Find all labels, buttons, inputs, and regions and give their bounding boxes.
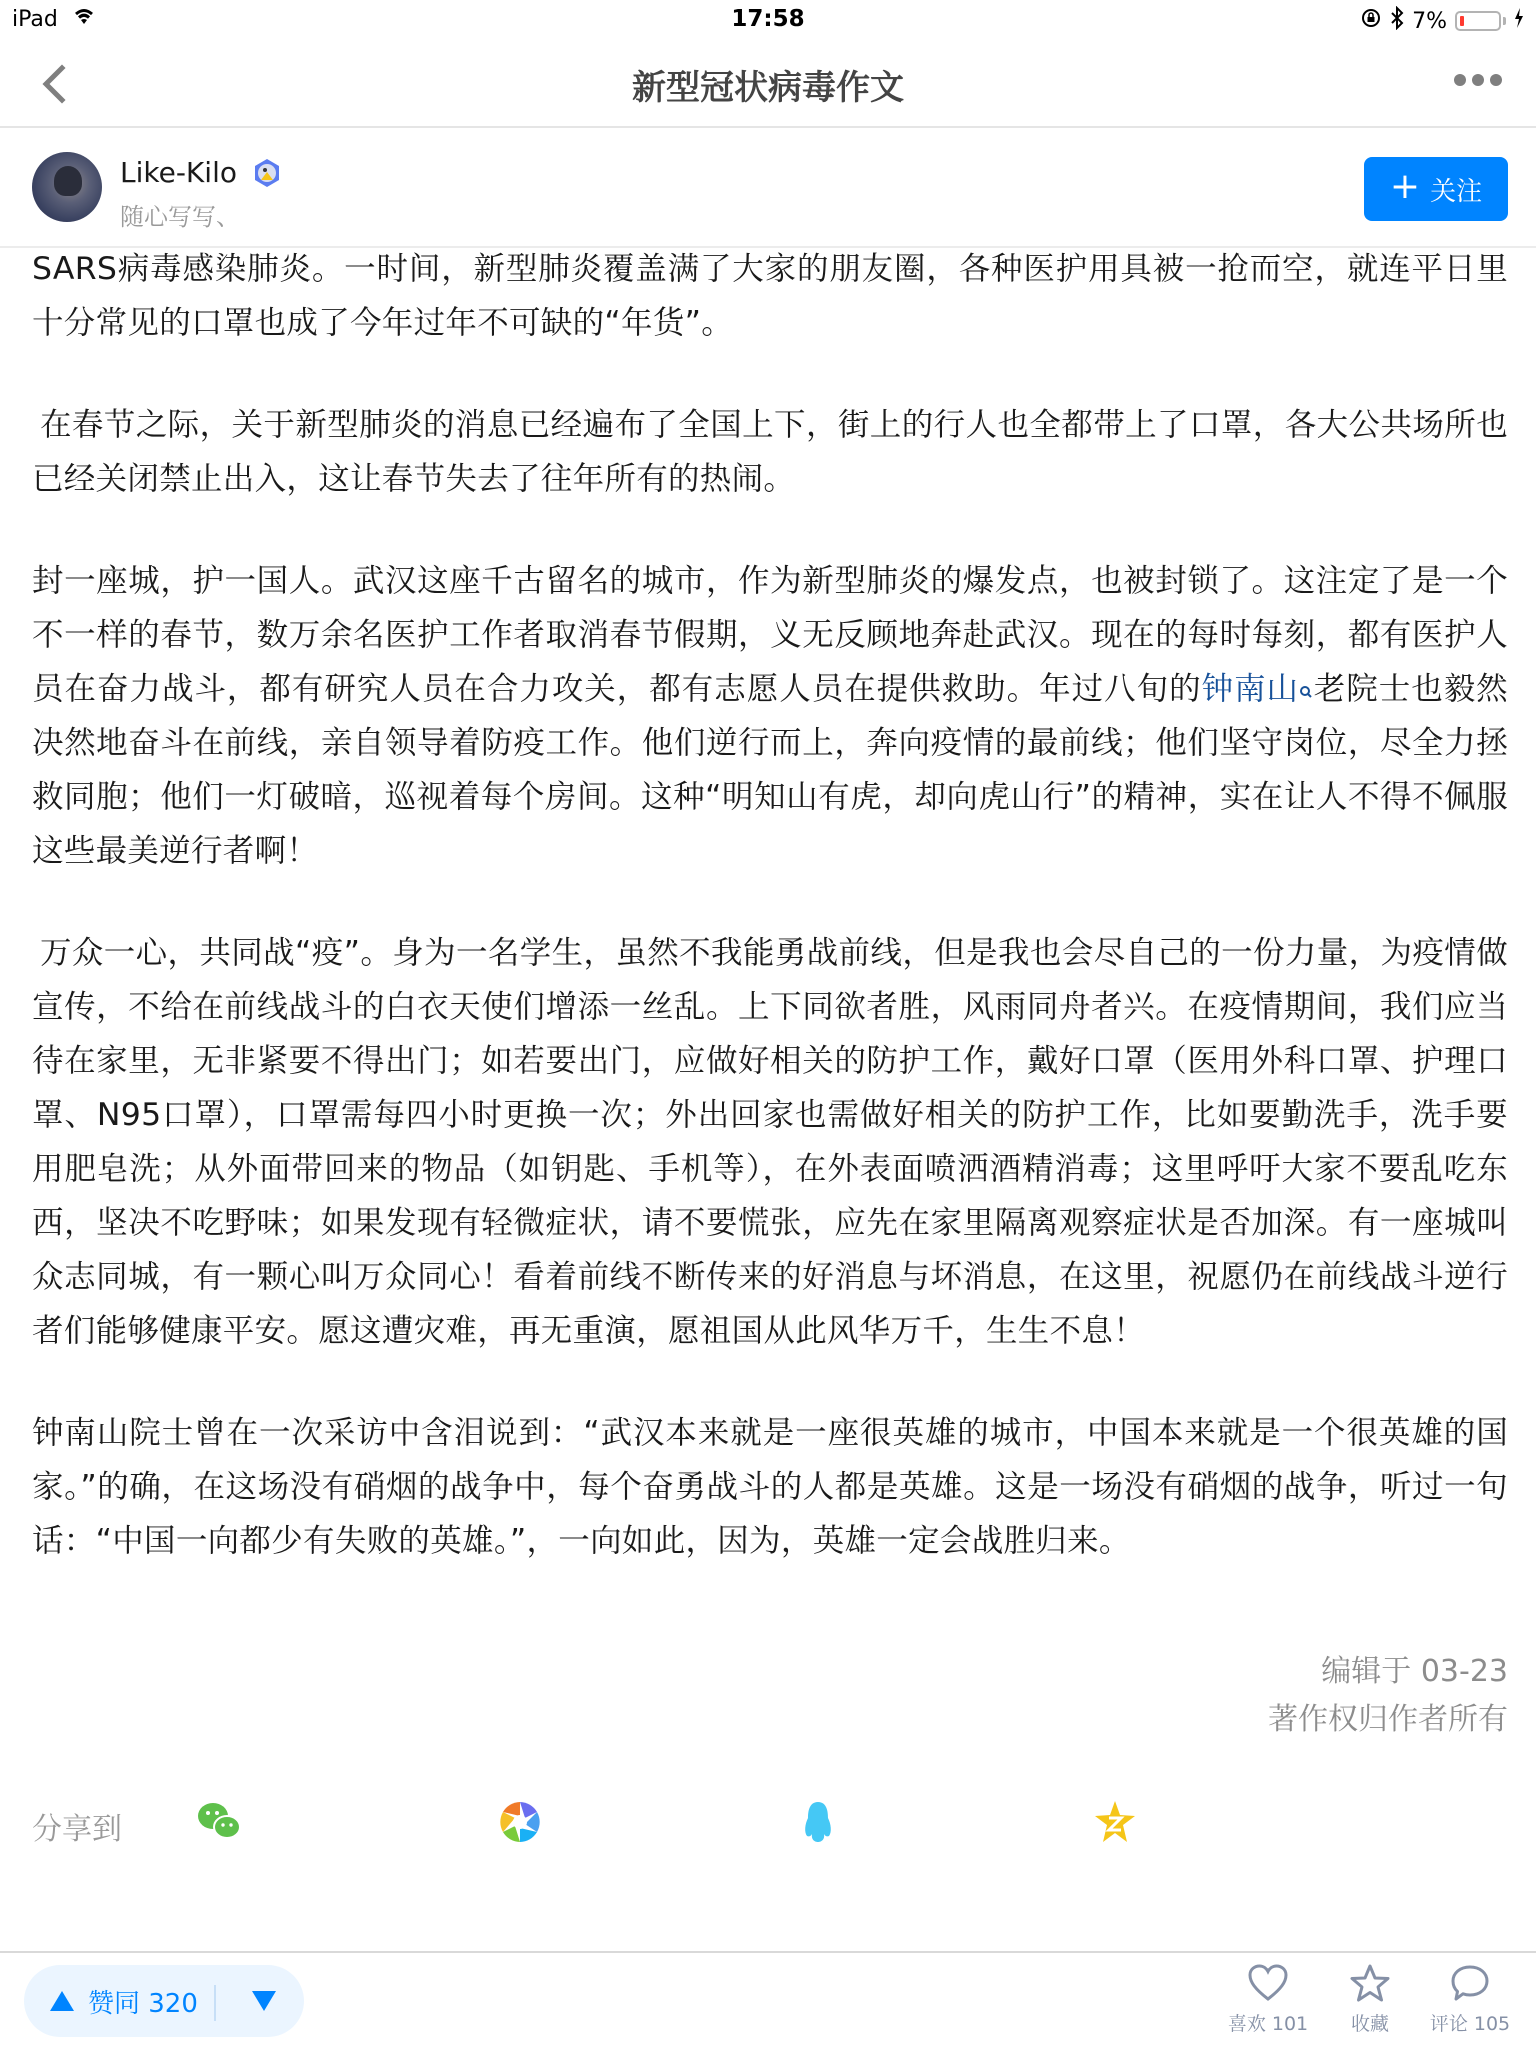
clock: 17:58 [0,6,1536,32]
upvote-label: 赞同 320 [88,1983,198,2020]
charging-icon [1514,8,1524,34]
nav-bar: 新型冠状病毒作文 [0,40,1536,128]
keyword-link[interactable]: 钟南山 [1202,671,1299,707]
share-label: 分享到 [32,1804,122,1848]
author-bio: 随心写写、 [120,197,240,232]
comment-label: 评论 105 [1430,2013,1510,2035]
article-body: SARS病毒感染肺炎。一时间，新型肺炎覆盖满了大家的朋友圈，各种医护用具被一抢而… [32,242,1508,1616]
search-icon[interactable] [1299,668,1313,690]
more-dots-icon [1454,74,1466,86]
status-bar: iPad 17:58 7% [0,0,1536,40]
article-meta: 编辑于 03-23 著作权归作者所有 [1268,1648,1508,1744]
upvote-button[interactable]: 赞同 320 [50,1965,198,2037]
like-button[interactable]: 喜欢 101 [1223,1963,1313,2036]
comment-icon [1449,1963,1491,2003]
bluetooth-icon [1390,6,1404,36]
battery-icon [1455,11,1501,31]
share-row: 分享到 [0,1800,1536,1850]
triangle-down-icon [252,1991,276,2011]
star-icon [1349,1963,1391,2003]
author-bar: Like-Kilo 随心写写、 + 关注 [0,130,1536,248]
triangle-up-icon [50,1991,74,2011]
heart-icon [1247,1963,1289,2003]
plus-icon: + [1390,169,1420,205]
comment-button[interactable]: 评论 105 [1425,1963,1515,2036]
qzone-icon[interactable] [1090,1800,1140,1844]
edited-date: 编辑于 03-23 [1268,1648,1508,1696]
favorite-label: 收藏 [1351,2013,1389,2035]
avatar[interactable] [32,152,102,222]
wechat-icon[interactable] [195,1800,245,1844]
follow-label: 关注 [1430,171,1482,208]
vote-control: 赞同 320 [24,1965,304,2037]
creator-badge-icon [252,158,282,188]
downvote-button[interactable] [244,1965,284,2037]
paragraph: 封一座城，护一国人。武汉这座千古留名的城市，作为新型肺炎的爆发点，也被封锁了。这… [32,554,1508,878]
bottom-bar: 赞同 320 喜欢 101 收藏 评论 105 [0,1951,1536,2048]
paragraph: 在春节之际，关于新型肺炎的消息已经遍布了全国上下，街上的行人也全都带上了口罩，各… [32,398,1508,506]
paragraph: 钟南山院士曾在一次采访中含泪说到：“武汉本来就是一座很英雄的城市，中国本来就是一… [32,1406,1508,1568]
follow-button[interactable]: + 关注 [1364,157,1508,221]
rotation-lock-icon [1360,7,1382,35]
copyright-notice: 著作权归作者所有 [1268,1696,1508,1744]
moments-icon[interactable] [495,1800,545,1844]
page-title: 新型冠状病毒作文 [0,60,1536,109]
author-name[interactable]: Like-Kilo [120,156,237,189]
favorite-button[interactable]: 收藏 [1325,1963,1415,2036]
paragraph: SARS病毒感染肺炎。一时间，新型肺炎覆盖满了大家的朋友圈，各种医护用具被一抢而… [32,242,1508,350]
like-label: 喜欢 101 [1228,2013,1308,2035]
qq-icon[interactable] [793,1800,843,1844]
more-button[interactable] [1454,74,1502,86]
vote-divider [214,1985,216,2021]
paragraph: 万众一心，共同战“疫”。身为一名学生，虽然不我能勇战前线，但是我也会尽自己的一份… [32,926,1508,1358]
battery-percent: 7% [1412,9,1447,34]
